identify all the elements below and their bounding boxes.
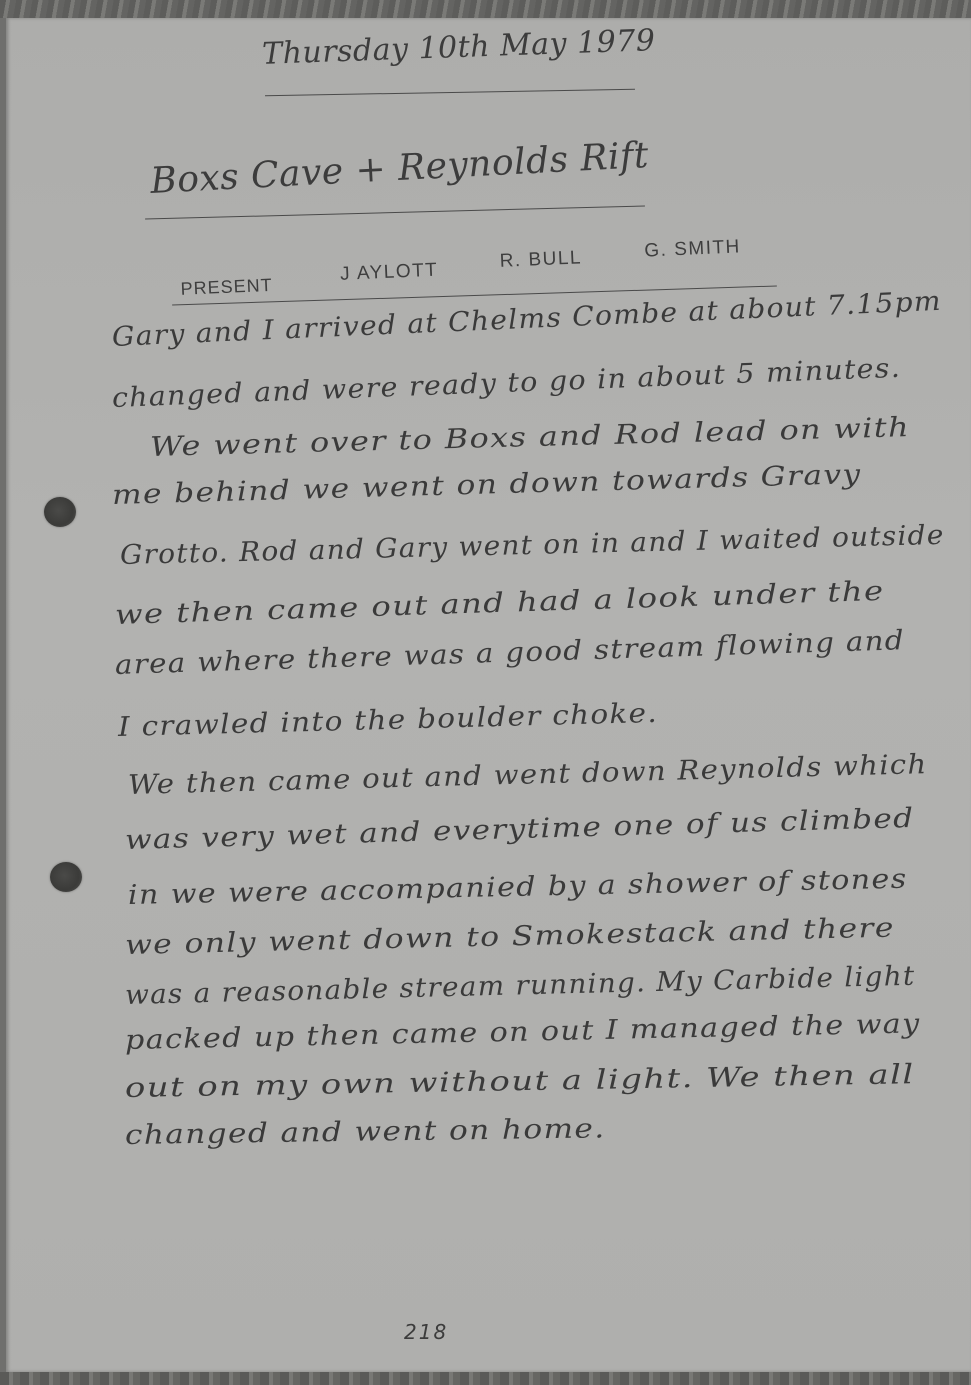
scan-background-top bbox=[0, 0, 971, 18]
attendee-name: R. BULL bbox=[499, 247, 582, 273]
scan-background-bottom bbox=[0, 1372, 971, 1385]
punch-hole bbox=[50, 862, 82, 892]
notebook-page bbox=[6, 18, 971, 1372]
attendee-name: G. SMITH bbox=[644, 236, 741, 262]
page-number: 218 bbox=[404, 1320, 448, 1344]
present-label: PRESENT bbox=[180, 275, 273, 300]
punch-hole bbox=[44, 497, 76, 527]
attendee-name: J AYLOTT bbox=[340, 260, 439, 286]
